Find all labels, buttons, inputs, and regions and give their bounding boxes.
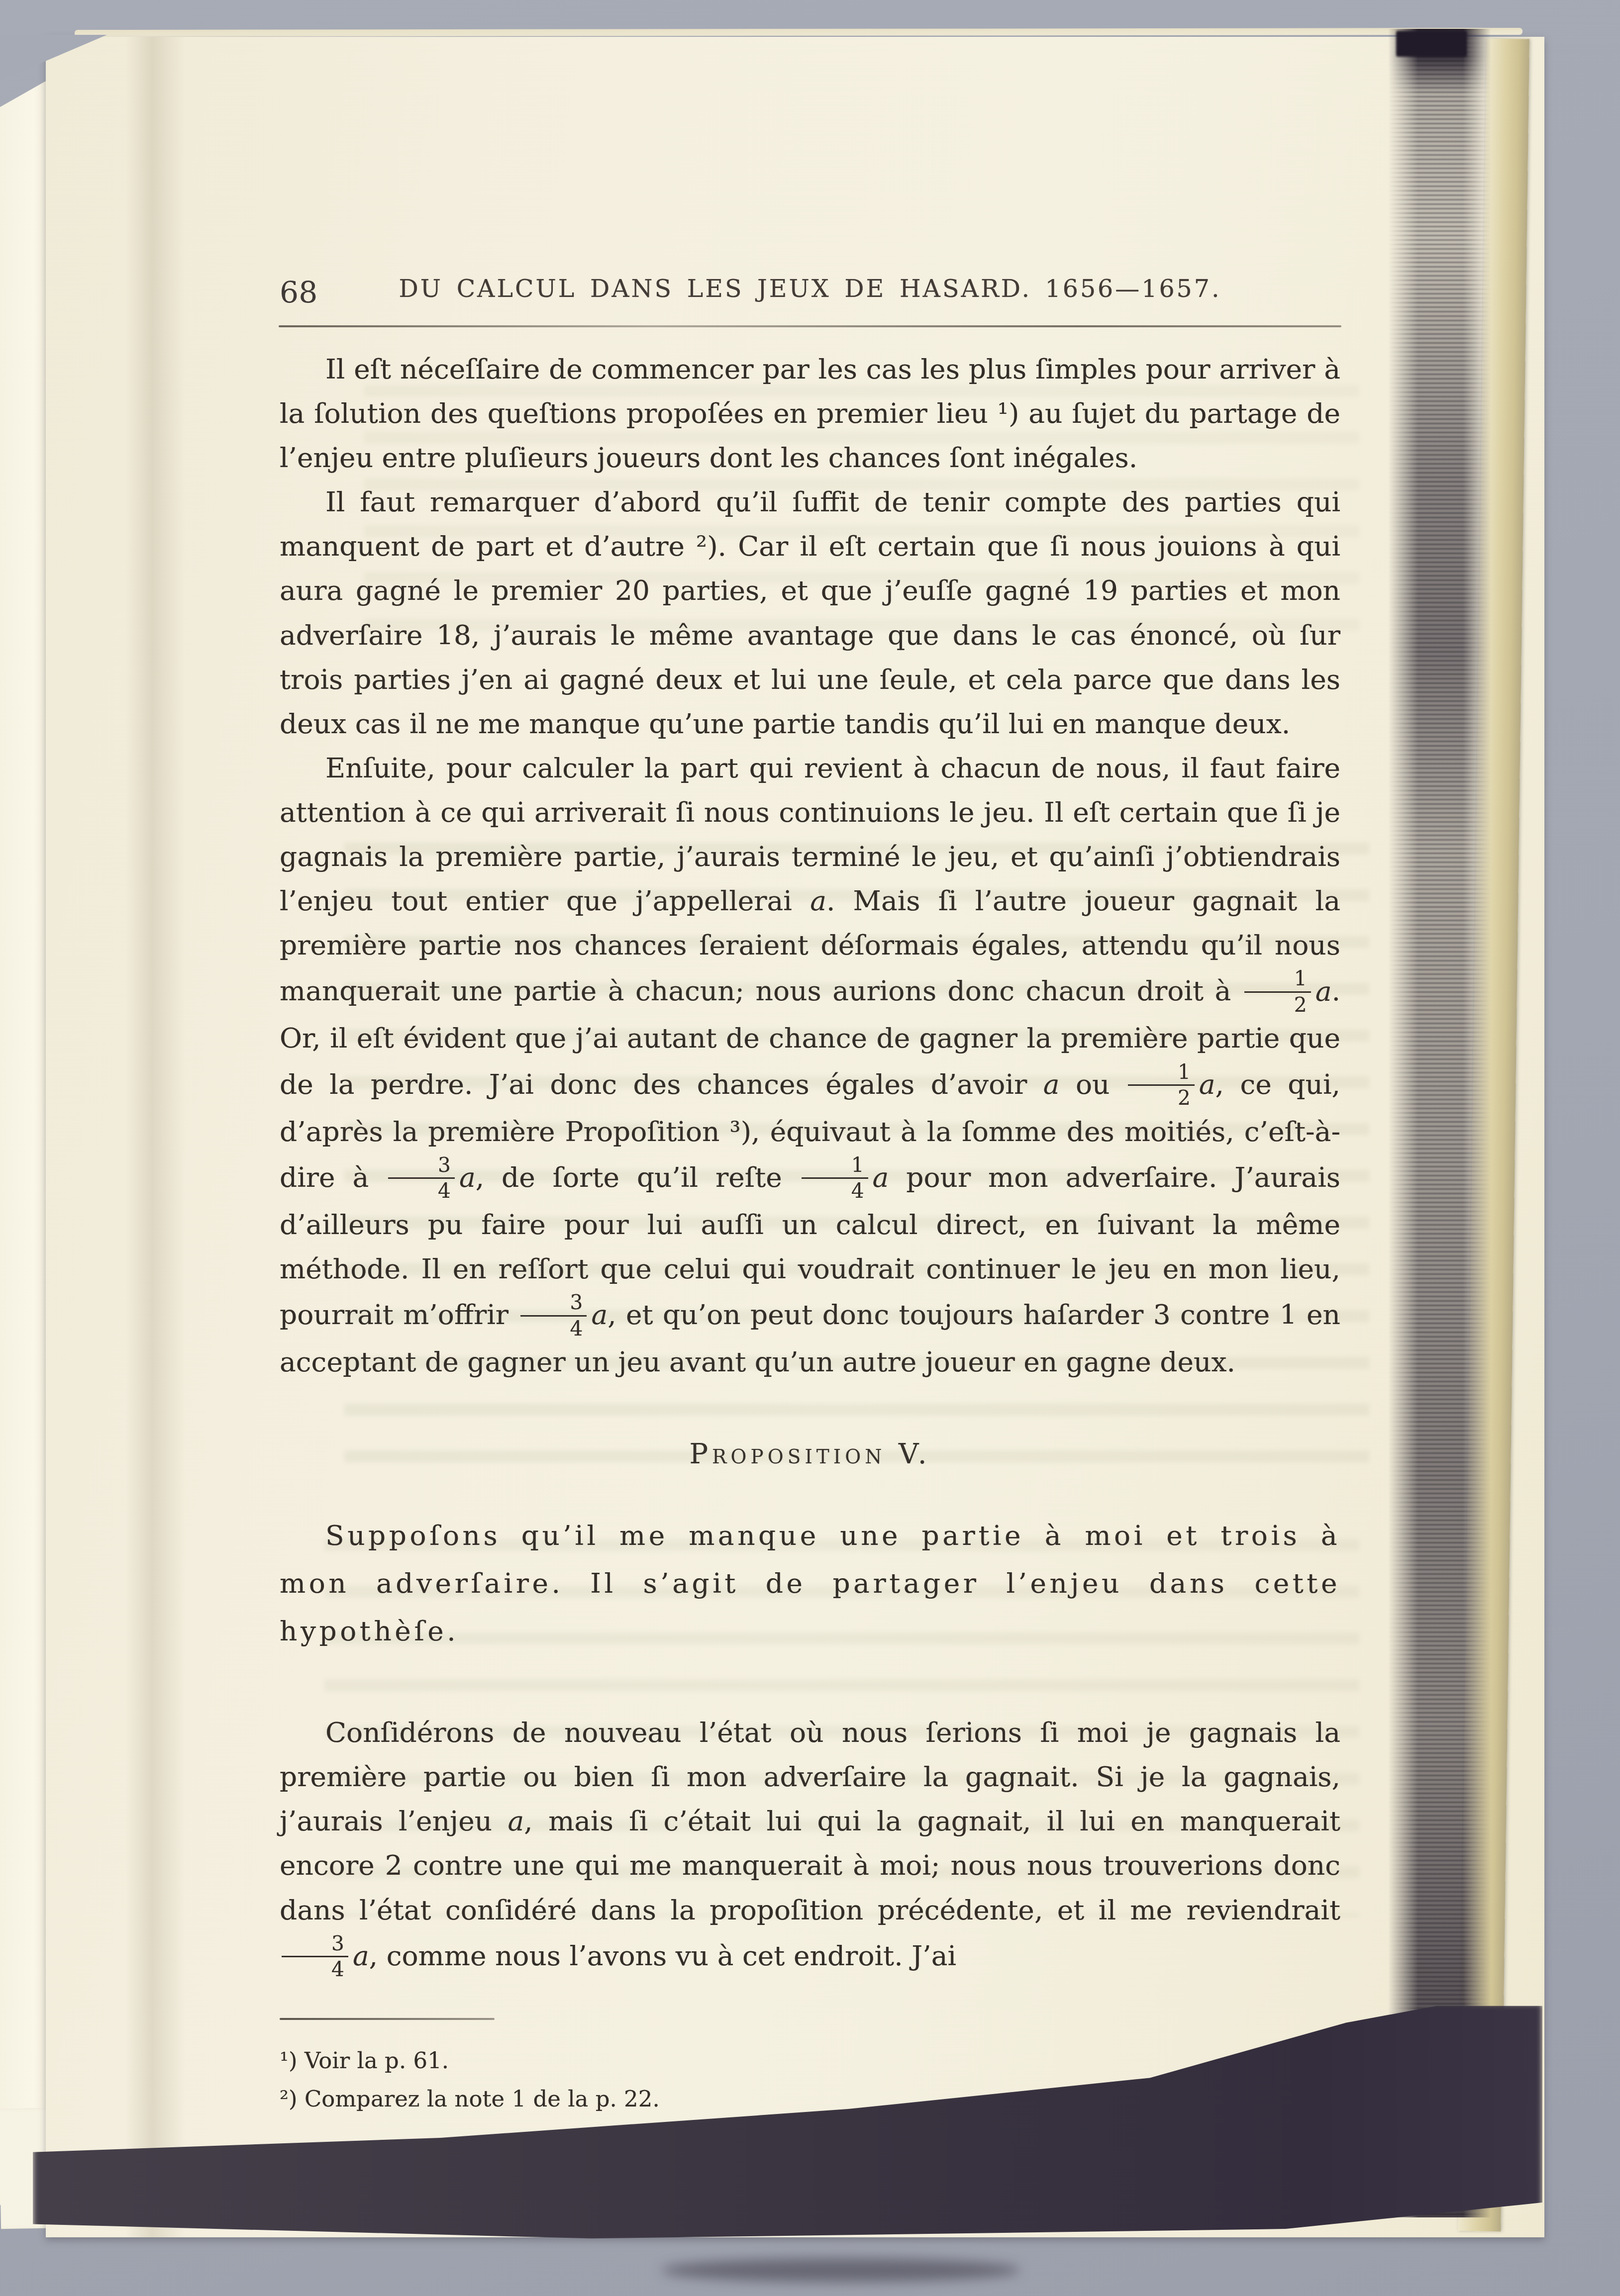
fraction-denominator: 4 [282,1957,348,1981]
page-number: 68 [280,276,317,310]
header-rule [279,325,1341,327]
body-paragraphs-top: Il eſt néceſſaire de commencer par les c… [280,347,1340,1384]
footnotes: ¹) Voir la p. 61. ²) Comparez la note 1 … [280,2043,1340,2116]
running-header: 68 DU CALCUL DANS LES JEUX DE HASARD. 16… [280,266,1340,310]
body-paragraph: Il faut remarquer d’abord qu’il ſuffit d… [280,480,1340,746]
scan-shadow-dark-block [1396,31,1467,57]
inline-fraction: 12 [1244,967,1311,1016]
math-variable: a [459,1161,476,1193]
fraction-denominator: 2 [1128,1086,1195,1110]
inline-fraction: 34 [282,1932,348,1981]
proposition-heading: Proposition V. [280,1432,1340,1477]
body-paragraph: Il eſt néceſſaire de commencer par les c… [280,347,1340,480]
math-variable: a [810,885,826,917]
fraction-numerator: 3 [388,1154,455,1179]
inline-fraction: 34 [520,1291,587,1340]
page-text-column: Il eſt néceſſaire de commencer par les c… [280,347,1340,2119]
fraction-denominator: 4 [388,1179,455,1203]
inline-fraction: 14 [802,1154,868,1203]
body-paragraph: Enſuite, pour calculer la part qui revie… [280,746,1340,1385]
fraction-denominator: 4 [802,1179,868,1203]
footnote: ¹) Voir la p. 61. [280,2043,1340,2078]
scan-shadow-smudge [662,2258,1020,2282]
fraction-numerator: 1 [1244,967,1311,993]
fraction-numerator: 3 [282,1932,348,1958]
fraction-denominator: 2 [1244,993,1311,1017]
fraction-denominator: 4 [520,1317,587,1340]
math-variable: a [507,1805,524,1837]
scanned-book-photo: 68 DU CALCUL DANS LES JEUX DE HASARD. 16… [0,0,1620,2296]
math-variable: a [1199,1068,1215,1100]
footnote: ²) Comparez la note 1 de la p. 22. [280,2081,1340,2116]
math-variable: a [591,1299,607,1331]
math-variable: a [1043,1068,1060,1100]
binding-crease-shading [125,37,185,2237]
running-title: DU CALCUL DANS LES JEUX DE HASARD. 1656—… [280,266,1340,303]
footnote-rule [280,2018,495,2020]
math-variable: a [1316,975,1332,1007]
fraction-numerator: 1 [1128,1061,1195,1086]
inline-fraction: 12 [1128,1061,1195,1110]
fraction-numerator: 1 [802,1154,868,1179]
scan-shadow-streaks [1388,29,1495,2217]
scan-shadow-right-band [1388,29,1495,2217]
body-paragraphs-bottom: Conſidérons de nouveau l’état où nous ſe… [280,1711,1340,1981]
sheet-top-edge [75,28,1522,37]
math-variable: a [873,1161,889,1193]
fraction-numerator: 3 [520,1291,587,1317]
proposition-statement: Suppoſons qu’il me manque une partie à m… [280,1512,1340,1655]
math-variable: a [353,1940,369,1972]
inline-fraction: 34 [388,1154,455,1203]
body-paragraph: Conſidérons de nouveau l’état où nous ſe… [280,1711,1340,1981]
